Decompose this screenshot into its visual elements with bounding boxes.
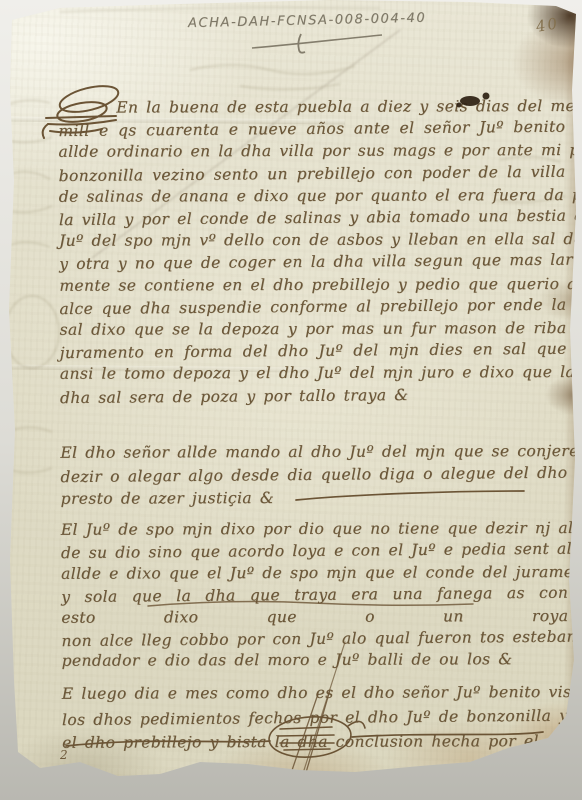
manuscript-line: presto de azer justiçia &: [61, 486, 568, 511]
manuscript-line: allde e dixo que el Juº de spo mjn que e…: [61, 562, 568, 586]
manuscript-line: bonzonilla vezino sento un prebillejo co…: [59, 160, 566, 187]
manuscript-line: de su dio sino que acordo loya e con el …: [61, 539, 568, 565]
manuscript-line: mente se contiene en el dho prebillejo y…: [59, 273, 566, 297]
manuscript-line: El dho señor allde mando al dho Juº del …: [60, 440, 567, 465]
paragraph: E luego dia e mes como dho es el dho señ…: [62, 679, 569, 756]
scanned-document: ACHA-DAH-FCNSA-008-004-40 40 En la buena…: [0, 0, 582, 800]
manuscript-line: El Juº de spo mjn dixo por dio que no ti…: [61, 518, 568, 542]
paragraph: En la buena de esta puebla a diez y seis…: [58, 94, 567, 408]
manuscript-line: E luego dia e mes como dho es el dho señ…: [62, 680, 569, 706]
paragraph: El Juº de spo mjn dixo por dio que no ti…: [61, 517, 569, 673]
manuscript-page: ACHA-DAH-FCNSA-008-004-40 40 En la buena…: [0, 0, 582, 800]
manuscript-line: allde ordinario en la dha villa por sus …: [58, 139, 565, 163]
paragraph: El dho señor allde mando al dho Juº del …: [60, 439, 567, 511]
page-mark: 2: [60, 748, 68, 762]
manuscript-line: alce que dha suspendie conforme al prebi…: [59, 293, 566, 320]
manuscript-line: y otra y no que de coger en la dha villa…: [59, 249, 566, 276]
manuscript-line: los dhos pedimientos fechos por el dho J…: [62, 703, 569, 732]
manuscript-line: esto dixo que o un roya: [61, 606, 568, 630]
manuscript-line: y sola que la dha que traya era una fane…: [61, 582, 568, 608]
text-block: En la buena de esta puebla a diez y seis…: [0, 0, 582, 800]
manuscript-line: dha sal sera de poza y por tallo traya &: [60, 382, 567, 409]
manuscript-line: el dho prebillejo y bista la dha conclus…: [62, 729, 569, 755]
manuscript-line: ansi le tomo depoza y el dho Juº del mjn…: [60, 361, 567, 385]
manuscript-line: pendador e dio das del moro e Juº balli …: [62, 649, 569, 673]
manuscript-line: de salinas de anana e dixo que por quant…: [59, 184, 566, 208]
manuscript-line: dezir o alegar algo desde dia quello dig…: [60, 462, 567, 489]
